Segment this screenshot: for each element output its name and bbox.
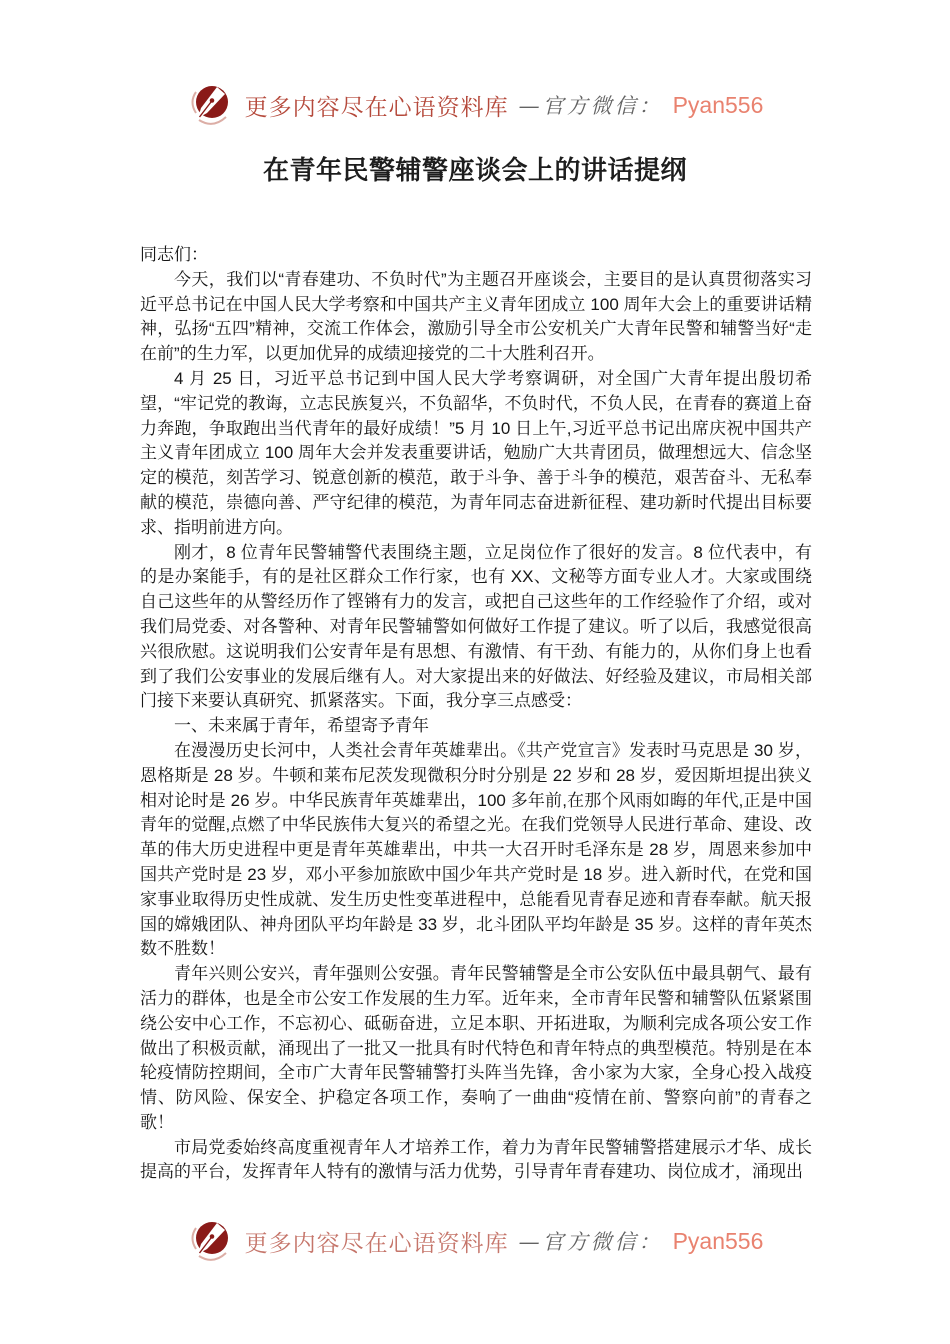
- pen-nib-logo-icon: [187, 80, 235, 130]
- header-watermark: 更多内容尽在心语资料库—官方微信：Pyan556: [0, 80, 950, 130]
- watermark-wechat-account: Pyan556: [673, 1228, 764, 1255]
- watermark-wechat-account: Pyan556: [673, 92, 764, 119]
- pen-nib-logo-icon: [187, 1216, 235, 1266]
- salutation: 同志们：: [140, 243, 812, 268]
- paragraph-representatives: 刚才，8 位青年民警辅警代表围绕主题，立足岗位作了很好的发言。8 位代表中，有的…: [140, 541, 812, 715]
- section-heading-1: 一、未来属于青年，希望寄予青年: [140, 714, 812, 739]
- paragraph-youth-police: 青年兴则公安兴，青年强则公安强。青年民警辅警是全市公安队伍中最具朝气、最有活力的…: [140, 962, 812, 1136]
- watermark-wechat-label: —官方微信：: [519, 1226, 663, 1256]
- watermark-site-text: 更多内容尽在心语资料库: [245, 89, 509, 122]
- paragraph-youth-history: 在漫漫历史长河中，人类社会青年英雄辈出。《共产党宣言》发表时马克思是 30 岁，…: [140, 739, 812, 962]
- watermark-site-text: 更多内容尽在心语资料库: [245, 1225, 509, 1258]
- paragraph-intro: 今天，我们以“青春建功、不负时代”为主题召开座谈会，主要目的是认真贯彻落实习近平…: [140, 268, 812, 367]
- paragraph-party-committee: 市局党委始终高度重视青年人才培养工作，着力为青年民警辅警搭建展示才华、成长提高的…: [140, 1136, 812, 1186]
- footer-watermark: 更多内容尽在心语资料库—官方微信：Pyan556: [0, 1216, 950, 1266]
- page-title: 在青年民警辅警座谈会上的讲话提纲: [0, 150, 950, 187]
- document-page: 更多内容尽在心语资料库—官方微信：Pyan556 在青年民警辅警座谈会上的讲话提…: [0, 0, 950, 1344]
- document-body: 同志们： 今天，我们以“青春建功、不负时代”为主题召开座谈会，主要目的是认真贯彻…: [140, 243, 812, 1215]
- paragraph-april25-speech: 4 月 25 日，习近平总书记到中国人民大学考察调研，对全国广大青年提出殷切希望…: [140, 367, 812, 541]
- watermark-wechat-label: —官方微信：: [519, 90, 663, 120]
